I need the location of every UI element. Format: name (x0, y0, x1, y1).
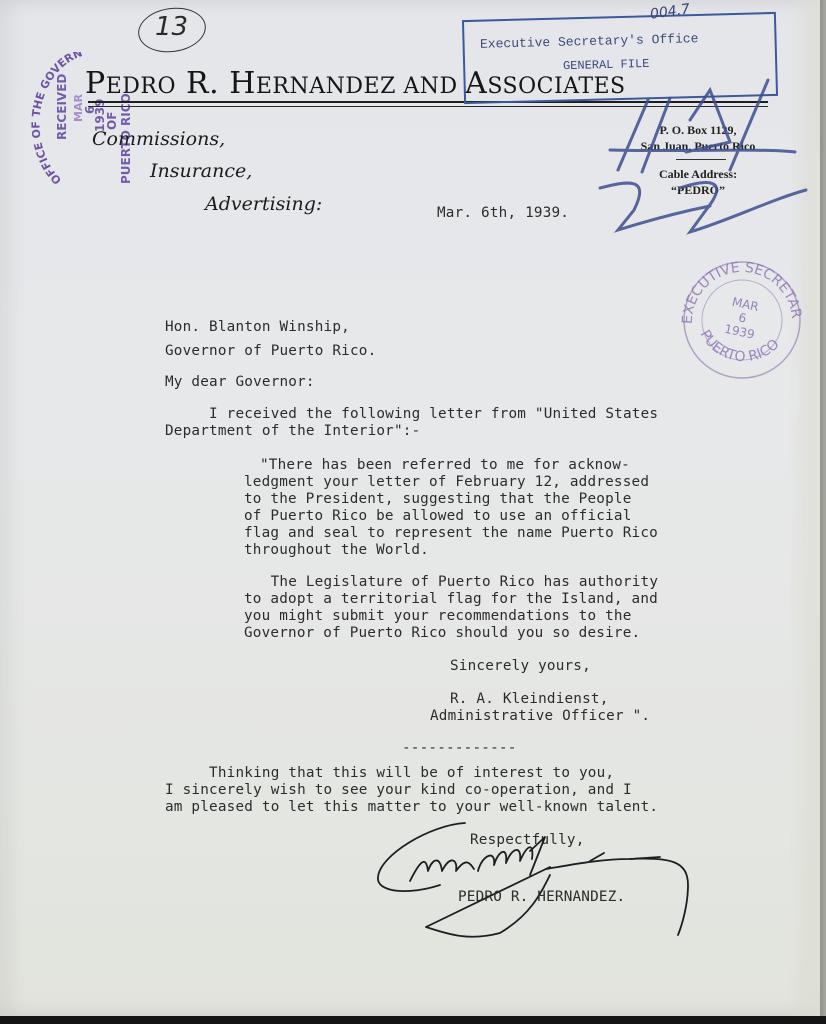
service-advertising: Advertising: (205, 193, 322, 215)
letter-date: Mar. 6th, 1939. (437, 205, 569, 221)
quoted-signer-name: R. A. Kleindienst, (450, 691, 609, 707)
intro-line-2: Department of the Interior":- (165, 423, 420, 439)
archive-number: 13 (155, 12, 188, 42)
handwritten-file-number-marks (590, 60, 820, 235)
separator: ------------- (402, 740, 517, 756)
quoted-closing: Sincerely yours, (450, 658, 591, 674)
exec-stamp-year: 1939 (723, 322, 756, 342)
received-stamp-received: RECEIVED (55, 74, 69, 140)
handwritten-signature (370, 815, 710, 950)
scan-background (0, 1016, 826, 1024)
signatory-name: PEDRO R. HERNANDEZ. (458, 889, 625, 905)
quoted-signer-title: Administrative Officer ". (430, 708, 650, 724)
recipient-name: Hon. Blanton Winship, (165, 319, 350, 335)
intro-line-1: I received the following letter from "Un… (165, 406, 658, 422)
recipient-title: Governor of Puerto Rico. (165, 343, 376, 359)
executive-secretary-stamp: EXECUTIVE SECRETARY PUERTO RICO MAR 6 19… (678, 258, 806, 382)
exec-stamp-day: 6 (737, 310, 747, 325)
salutation: My dear Governor: (165, 374, 315, 390)
service-insurance: Insurance, (150, 160, 252, 182)
service-commissions: Commissions, (92, 128, 225, 150)
